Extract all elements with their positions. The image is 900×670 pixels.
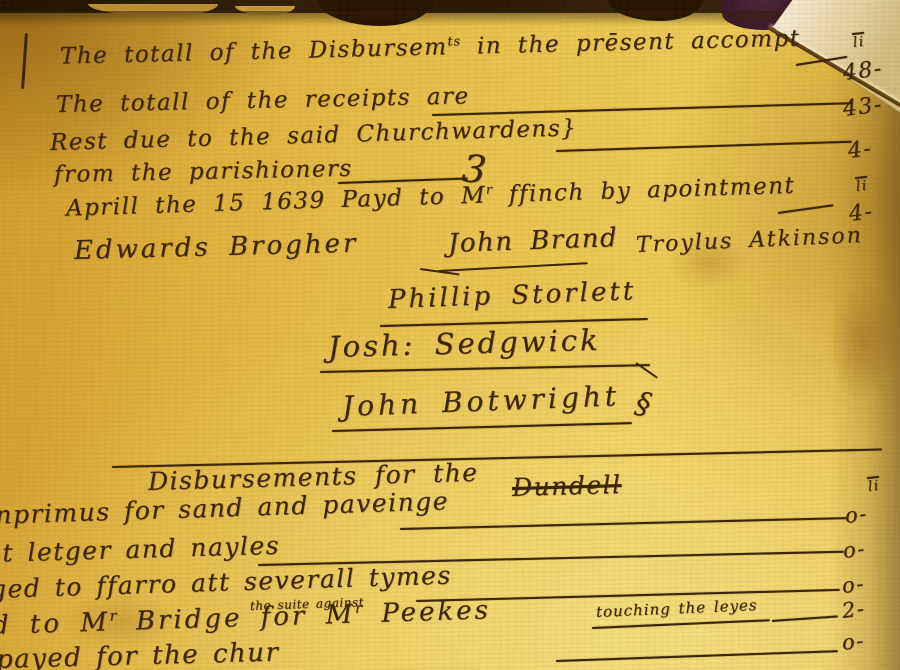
note-underline — [592, 619, 770, 629]
item-amount-5: o- — [841, 629, 866, 655]
summary-line-total-receipts: The totall of the receipts are — [56, 84, 470, 118]
signature-underline — [332, 422, 632, 432]
ink-rule — [772, 615, 838, 622]
summary-text: in the prēsent accompt — [461, 26, 801, 60]
pen-scribble — [438, 262, 588, 272]
amount-rest-due: 4- — [847, 137, 874, 164]
ink-rule — [432, 102, 852, 116]
summary-line-rest-due: Rest due to the said Churchwardens} — [50, 116, 578, 156]
signature-storlett: Phillip Storlett — [388, 277, 637, 314]
ink-rule — [400, 517, 848, 530]
currency-mark-li: li — [867, 479, 881, 496]
item-amount-3: o- — [841, 572, 866, 598]
item-line-1: Inprimus for sand and paveinge — [0, 487, 449, 529]
marginal-note: touching the leyes — [596, 597, 758, 621]
ink-rule — [556, 141, 852, 153]
item-amount-1: o- — [844, 502, 869, 528]
item-line-5: payed for the chur — [0, 639, 280, 670]
signature-botwright: John Botwright — [341, 381, 620, 422]
superscript-abbreviation: ts — [447, 33, 461, 48]
item-text: d to M — [0, 607, 110, 641]
item-line-3: ged to ffarro att severall tymes — [0, 561, 452, 603]
summary-text: ffinch by apointment — [493, 173, 796, 208]
item-amount-2: o- — [842, 537, 867, 563]
currency-mark-li: li — [852, 35, 866, 52]
ink-rule — [556, 650, 838, 662]
summary-line-total-disbursements: The totall of the Disbursemts in the prē… — [60, 26, 801, 70]
summary-text: Aprill the 15 1639 Payd to M — [66, 182, 487, 221]
currency-mark-li: li — [855, 179, 869, 196]
signature-underline — [320, 364, 650, 373]
paraph-mark: § — [633, 386, 656, 422]
witness-signature-1: Edwards Brogher — [74, 230, 359, 266]
ink-rule — [778, 204, 834, 214]
margin-pen-stroke — [21, 33, 28, 89]
item-line-2: at letger and nayles — [0, 532, 280, 568]
item-amount-4: 2- — [841, 597, 867, 623]
manuscript-photo: The totall of the Disbursemts in the prē… — [0, 0, 900, 670]
summary-line-parishioners: from the parishioners — [54, 157, 353, 189]
item-text: Peekes — [363, 595, 492, 629]
item-line-4: d to Mr Bridge for Mr Peekes — [0, 596, 491, 640]
signature-sedgwick: Josh: Sedgwick — [328, 325, 601, 364]
summary-text: The totall of the Disbursem — [60, 34, 448, 69]
witness-signature-2: John Brand — [448, 224, 619, 259]
amount-total-receipts: 43- — [842, 93, 885, 122]
struck-word: Dundell — [512, 471, 622, 502]
amount-total-disbursements: 48- — [842, 57, 885, 86]
binding-shadow — [0, 11, 900, 26]
